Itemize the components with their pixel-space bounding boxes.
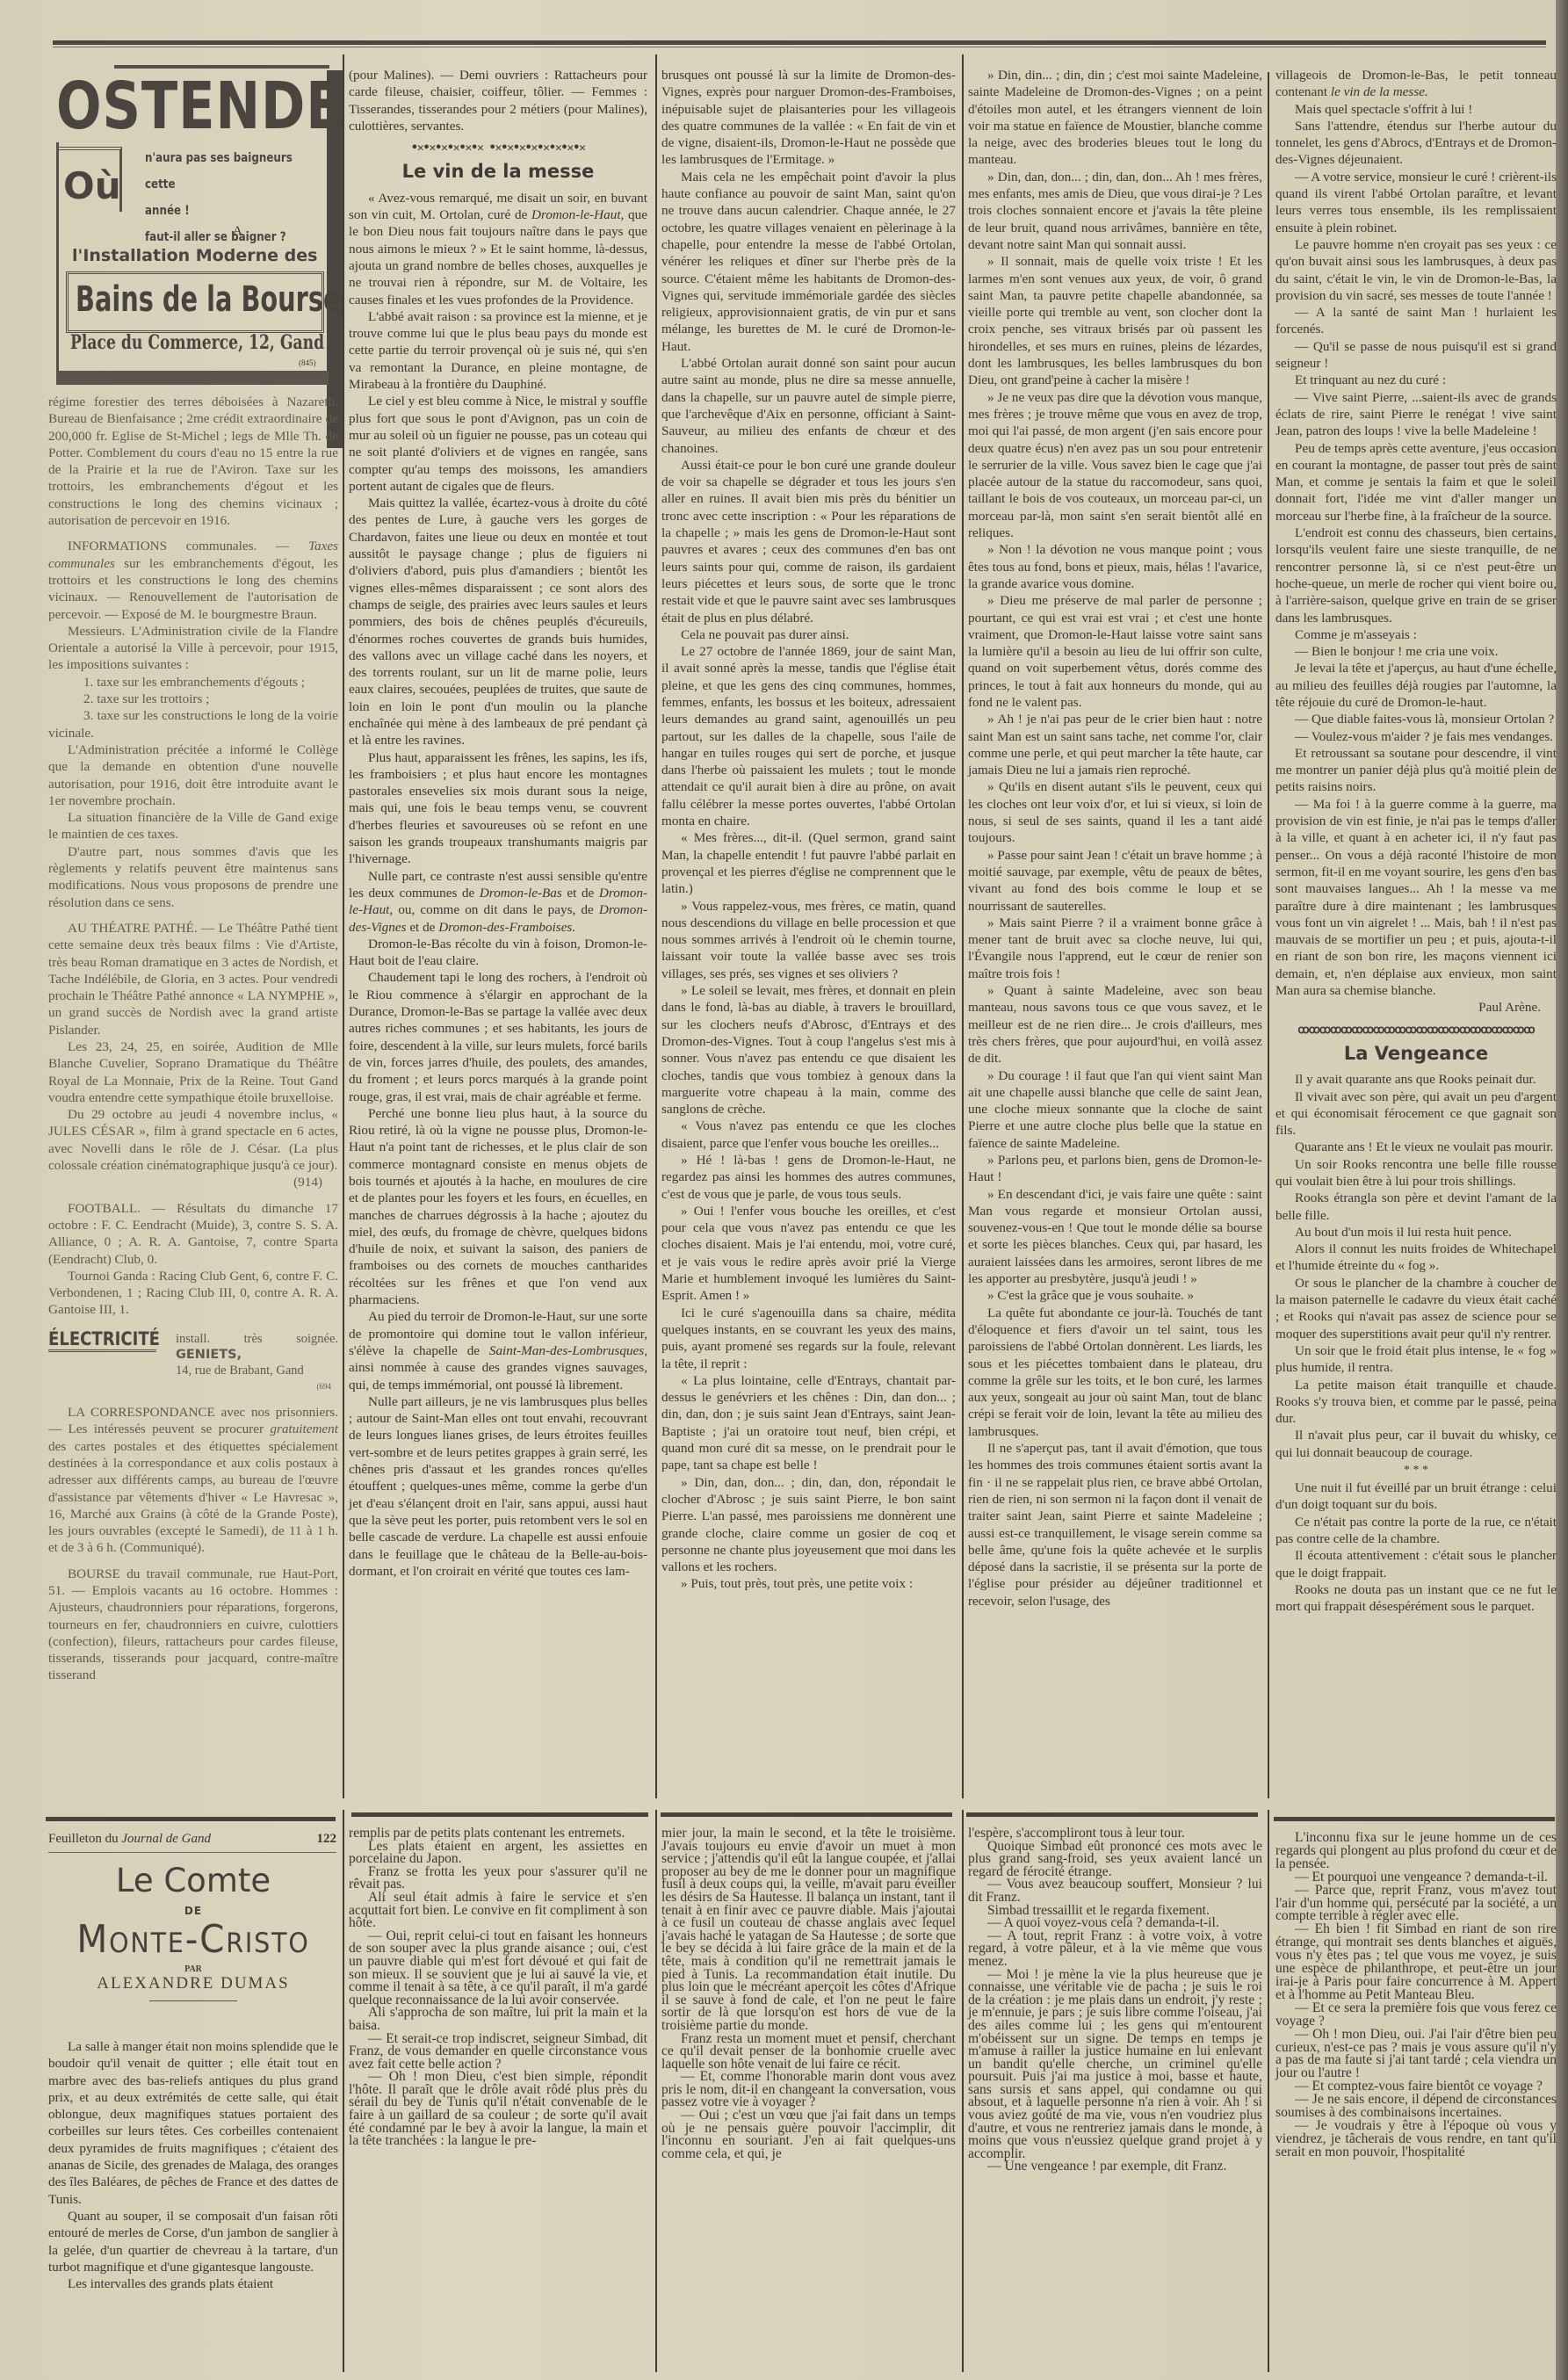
paragraph: Les 23, 24, 25, en soirée, Audition de M… [48, 1038, 338, 1106]
paragraph: « Avez-vous remarqué, me disait un soir,… [349, 190, 647, 308]
text: ainsi nommée à cause des grandes vignes … [349, 1360, 647, 1392]
ad-reference: (694 [48, 1378, 338, 1395]
paragraph: » Puis, tout près, tout près, une petite… [661, 1575, 956, 1592]
column-divider [343, 1810, 344, 2372]
paragraph: brusques ont poussé là sur la limite de … [661, 67, 956, 169]
paragraph: — Je voudrais y être à l'époque où vous … [1275, 2120, 1557, 2159]
paragraph: La salle à manger était non moins splend… [48, 2038, 338, 2208]
paragraph: Perché une bonne lieu plus haut, à la so… [349, 1105, 647, 1309]
paragraph: — A tout, reprit Franz : à votre voix, à… [968, 1930, 1262, 1969]
paragraph: — Oh ! mon Dieu, oui. J'ai l'air d'être … [1275, 2029, 1557, 2081]
feuilleton-title-block: Le Comte DE Monte-Cristo PAR ALEXANDRE D… [48, 1861, 338, 2001]
paragraph: — Vous avez beaucoup souffert, Monsieur … [968, 1878, 1262, 1904]
paragraph: — A votre service, monsieur le curé ! cr… [1275, 169, 1557, 236]
paragraph: D'autre part, nous sommes d'avis que les… [48, 843, 338, 911]
paragraph: » En descendant d'ici, je vais faire une… [968, 1186, 1262, 1288]
paragraph: » Passe pour saint Jean ! c'était un bra… [968, 847, 1262, 915]
feuilleton-rule [46, 1817, 336, 1821]
paragraph: Il y avait quarante ans que Rooks peinai… [1275, 1071, 1557, 1088]
text: Dromon-le-Bas [480, 886, 562, 901]
paragraph: AU THÉATRE PATHÉ. — Le Théâtre Pathé tie… [48, 920, 338, 1038]
paragraph: Messieurs. L'Administration civile de la… [48, 623, 338, 674]
paragraph: Un soir Rooks rencontra une belle fille … [1275, 1156, 1557, 1190]
paragraph: Il vivait avec son père, qui avait un pe… [1275, 1089, 1557, 1139]
paragraph: La situation financière de la Ville de G… [48, 809, 338, 843]
paragraph: Le ciel y est bleu comme à Nice, le mist… [349, 393, 647, 495]
paragraph: Quant au souper, il se composait d'un fa… [48, 2208, 338, 2275]
paragraph: Les intervalles des grands plats étaient [48, 2275, 338, 2292]
paragraph: » Din, dan, don... ; din, dan, don, répo… [661, 1474, 956, 1576]
ad-reference: (845) [299, 358, 316, 367]
paragraph: Chaudement tapi le long des rochers, à l… [349, 969, 647, 1104]
paragraph: L'abbé Ortolan aurait donné son saint po… [661, 355, 956, 457]
paragraph: Quoique Simbad eût prononcé ces mots ave… [968, 1841, 1262, 1879]
paragraph: Ali seul était admis à faire le service … [349, 1892, 647, 1930]
paragraph: — Oh ! mon Dieu, c'est bien simple, répo… [349, 2071, 647, 2148]
ad-line: année ! [145, 198, 303, 224]
ad-bains-name: Bains de la Bourse [76, 279, 341, 320]
feuilleton-rule [351, 1812, 648, 1817]
paragraph: » Vous rappelez-vous, mes frères, ce mat… [661, 898, 956, 982]
title-line: Le Comte [48, 1861, 338, 1901]
column-5: villageois de Dromon-le-Bas, le petit to… [1275, 67, 1557, 1615]
text: gratuitement [270, 1421, 338, 1436]
text: Dromon-des-Framboises. [438, 920, 575, 935]
text: Feuilleton du [48, 1832, 121, 1846]
title-rule [149, 2000, 237, 2001]
ad-line: n'aura pas ses baigneurs cette [145, 145, 303, 198]
paragraph: » Hé ! là-bas ! gens de Dromon-le-Haut, … [661, 1152, 956, 1203]
feuilleton-column-1: La salle à manger était non moins splend… [48, 2038, 338, 2292]
paragraph: — Je ne sais encore, il dépend de circon… [1275, 2094, 1557, 2120]
text: des cartes postales et des étiquettes sp… [48, 1439, 338, 1556]
paragraph: — Eh bien ! fit Simbad en riant de son r… [1275, 1923, 1557, 2001]
paragraph: Le pauvre homme n'en croyait pas ses yeu… [1275, 236, 1557, 304]
paragraph: Or sous le plancher de la chambre à couc… [1275, 1275, 1557, 1342]
feuilleton-header: Feuilleton du Journal de Gand 122 [48, 1832, 336, 1853]
paragraph: Les plats étaient en argent, les assiett… [349, 1841, 647, 1866]
newspaper-page: OSTENDE Où n'aura pas ses baigneurs cett… [0, 0, 1568, 2380]
paragraph: « Mes frères..., dit-il. (Quel sermon, g… [661, 829, 956, 897]
column-divider [655, 54, 657, 1798]
paragraph: — Qu'il se passe de nous puisqu'il est s… [1275, 338, 1557, 373]
feuilleton-column-2: remplis par de petits plats contenant le… [349, 1827, 647, 2148]
paragraph: » Le soleil se levait, mes frères, et do… [661, 982, 956, 1118]
paragraph: Ici le curé s'agenouilla dans sa chaire,… [661, 1305, 956, 1372]
column-2: (pour Malines). — Demi ouvriers : Rattac… [349, 67, 647, 1580]
list-item: 2. taxe sur les trottoirs ; [48, 691, 338, 707]
paragraph: Ce n'était pas contre la porte de la rue… [1275, 1514, 1557, 1548]
column-4: » Din, din... ; din, din ; c'est moi sai… [968, 67, 1262, 1610]
paragraph: Nulle part ailleurs, je ne vis lambrusqu… [349, 1393, 647, 1580]
paragraph: » Din, din... ; din, din ; c'est moi sai… [968, 67, 1262, 169]
paragraph: régime forestier des terres déboisées à … [48, 394, 338, 529]
paragraph: L'endroit est connu des chasseurs, bien … [1275, 524, 1557, 626]
column-divider [1268, 72, 1269, 1798]
paragraph: « Vous n'avez pas entendu ce que les clo… [661, 1118, 956, 1152]
paragraph: » Quant à sainte Madeleine, avec son bea… [968, 982, 1262, 1067]
feuilleton-rule [1274, 1817, 1555, 1821]
paragraph: Dromon-le-Bas récolte du vin à foison, D… [349, 936, 647, 970]
ad-address: Place du Commerce, 12, Gand [70, 331, 324, 354]
paragraph: Le 27 octobre de l'année 1869, jour de s… [661, 643, 956, 829]
column-divider [962, 1810, 964, 2372]
text: Dromon-le-Haut, [531, 207, 624, 222]
paragraph: Du 29 octobre au jeudi 4 novembre inclus… [48, 1106, 338, 1174]
column-divider [655, 1810, 657, 2372]
paragraph: L'Administration précitée a informé le C… [48, 741, 338, 809]
paragraph: — Oui ; c'est un vœu que j'ai fait dans … [661, 2109, 956, 2160]
feuilleton-column-5: L'inconnu fixa sur le jeune homme un de … [1275, 1832, 1557, 2159]
paragraph: — A la santé de saint Man ! hurlaient le… [1275, 304, 1557, 338]
paragraph: » Oui ! l'enfer vous bouche les oreilles… [661, 1203, 956, 1305]
ad-a: A [233, 224, 242, 239]
article-title: La Vengeance [1275, 1045, 1557, 1062]
ad-title: OSTENDE [56, 69, 343, 144]
ad-installation: l'Installation Moderne des [72, 246, 317, 265]
ad-title: ÉLECTRICITÉ [48, 1331, 156, 1352]
paragraph: Franz se frotta les yeux pour s'assurer … [349, 1866, 647, 1892]
paragraph: Quarante ans ! Et le vieux ne voulait pa… [1275, 1139, 1557, 1155]
paragraph: » Je ne veux pas dire que la dévotion vo… [968, 389, 1262, 542]
title-author: ALEXANDRE DUMAS [48, 1974, 338, 1993]
paragraph: » Qu'ils en disent autant s'ils le peuve… [968, 778, 1262, 846]
paragraph: INFORMATIONS communales. — Taxes communa… [48, 538, 338, 622]
paragraph: mier jour, la main le second, et la tête… [661, 1827, 956, 2033]
top-rule [53, 40, 1546, 45]
text: le vin de la messe. [1331, 84, 1428, 99]
paragraph: » Parlons peu, et parlons bien, gens de … [968, 1152, 1262, 1186]
paragraph: Et retroussant sa soutane pour descendre… [1275, 745, 1557, 796]
text: et de [407, 920, 439, 935]
text: INFORMATIONS communales. — [68, 539, 308, 553]
paragraph: BOURSE du travail communale, rue Haut-Po… [48, 1566, 338, 1684]
paragraph: — Bien le bonjour ! me cria une voix. [1275, 643, 1557, 660]
paragraph: Rooks ne douta pas un instant que ce ne … [1275, 1581, 1557, 1616]
paragraph: Mais cela ne les empêchait point d'avoir… [661, 169, 956, 355]
list-item: 3. taxe sur les constructions le long de… [48, 707, 338, 741]
paragraph: Au bout d'un mois il lui resta huit penc… [1275, 1224, 1557, 1241]
paragraph: Comme je m'asseyais : [1275, 626, 1557, 643]
ad-ou: Où [63, 164, 121, 207]
paragraph: villageois de Dromon-le-Bas, le petit to… [1275, 67, 1557, 101]
text: ou, comme on dit dans le pays, de [393, 902, 599, 917]
top-rule-thin [53, 47, 1546, 47]
paragraph: Au pied du terroir de Dromon-le-Haut, su… [349, 1308, 647, 1393]
feuilleton-rule [661, 1812, 952, 1817]
paragraph: Tournoi Ganda : Racing Club Gent, 6, con… [48, 1268, 338, 1319]
paragraph: Peu de temps après cette aventure, j'eus… [1275, 440, 1557, 524]
column-1: régime forestier des terres déboisées à … [48, 394, 338, 1684]
paragraph: Nulle part, ce contraste n'est aussi sen… [349, 868, 647, 936]
paragraph: Franz resta un moment muet et pensif, ch… [661, 2033, 956, 2072]
paragraph: — Que diable faites-vous là, monsieur Or… [1275, 711, 1557, 727]
title-line: DE [48, 1905, 338, 1917]
paragraph: — Parce que, reprit Franz, vous m'avez t… [1275, 1884, 1557, 1924]
paragraph: Il n'avait plus peur, car il buvait du w… [1275, 1427, 1557, 1461]
paragraph: Plus haut, apparaissent les frênes, les … [349, 749, 647, 868]
paragraph: » Dieu me préserve de mal parler de pers… [968, 592, 1262, 711]
ostende-advertisement: OSTENDE Où n'aura pas ses baigneurs cett… [53, 63, 338, 386]
paragraph: Cela ne pouvait pas durer ainsi. [661, 626, 956, 643]
paragraph: — Et, comme l'honorable marin dont vous … [661, 2071, 956, 2109]
paragraph: Un soir que le froid était plus intense,… [1275, 1342, 1557, 1377]
paragraph: (pour Malines). — Demi ouvriers : Rattac… [349, 67, 647, 134]
paragraph: » Il sonnait, mais de quelle voix triste… [968, 253, 1262, 388]
paragraph: — Vive saint Pierre, ...saient-ils avec … [1275, 389, 1557, 440]
paragraph: Aussi était-ce pour le bon curé une gran… [661, 457, 956, 626]
section-break-asterism: * * * [1275, 1466, 1557, 1474]
title-main: Monte-Cristo [60, 1917, 327, 1963]
column-3: brusques ont poussé là sur la limite de … [661, 67, 956, 1593]
paragraph: Et trinquant au nez du curé : [1275, 372, 1557, 388]
article-title: Le vin de la messe [349, 163, 647, 180]
paragraph: Mais quel spectacle s'offrit à lui ! [1275, 101, 1557, 118]
paragraph: » Din, dan, don... ; din, dan, don... Ah… [968, 169, 1262, 253]
paragraph: Rooks étrangla son père et devint l'aman… [1275, 1190, 1557, 1224]
ornament-divider: •✕•✕•✕•✕•✕•✕ •✕•✕•✕•✕•✕•✕•✕•✕ [349, 140, 647, 156]
ornament-divider: ꝏꝏꝏꝏꝏꝏꝏꝏꝏꝏꝏꝏꝏꝏꝏꝏꝏꝏꝏꝏꝏꝏ [1275, 1022, 1557, 1038]
feuilleton-rule [966, 1812, 1258, 1817]
paragraph: LA CORRESPONDANCE avec nos prisonniers. … [48, 1404, 338, 1557]
ad-question: n'aura pas ses baigneurs cette année ! f… [145, 145, 303, 250]
ad-border [56, 371, 329, 385]
paragraph: — Moi ! je mène la vie la plus heureuse … [968, 1969, 1262, 2161]
paragraph: Une nuit il fut éveillé par un bruit étr… [1275, 1479, 1557, 1514]
feuilleton-column-3: mier jour, la main le second, et la tête… [661, 1827, 956, 2160]
text: install. très soignée. [176, 1332, 338, 1346]
feuilleton-label: Feuilleton du Journal de Gand [48, 1832, 211, 1847]
text: Journal de Gand [121, 1832, 211, 1846]
paragraph: — Une vengeance ! par exemple, dit Franz… [968, 2160, 1262, 2174]
list-item: 1. taxe sur les embranchements d'égouts … [48, 674, 338, 691]
paragraph: La quête fut abondante ce jour-là. Touch… [968, 1305, 1262, 1440]
text: GENIETS, [176, 1348, 242, 1362]
column-divider [1268, 1810, 1269, 2372]
feuilleton-number: 122 [317, 1832, 337, 1847]
paragraph: Il ne s'aperçut pas, tant il avait d'émo… [968, 1440, 1262, 1610]
text: que le bon Dieu nous fait toujours naîtr… [349, 207, 647, 307]
paragraph: FOOTBALL. — Résultats du dimanche 17 oct… [48, 1200, 338, 1268]
text: Saint-Man-des-Lombrusques, [489, 1343, 647, 1358]
paragraph: » Du courage ! il faut que l'an qui vien… [968, 1067, 1262, 1152]
column-divider [962, 54, 964, 1798]
text: et de [562, 886, 599, 901]
ad-reference: (914) [48, 1174, 338, 1190]
paragraph: — Voulez-vous m'aider ? je fais mes vend… [1275, 728, 1557, 745]
electricite-advertisement: ÉLECTRICITÉ install. très soignée. GENIE… [48, 1331, 338, 1378]
paragraph: — Oui, reprit celui-ci tout en faisant l… [349, 1930, 647, 2007]
paragraph: Alors il connut les nuits froides de Whi… [1275, 1241, 1557, 1275]
paragraph: » Non ! la dévotion ne vous manque point… [968, 541, 1262, 592]
title-par: PAR [48, 1964, 338, 1974]
paragraph: — Ma foi ! à la guerre comme à la guerre… [1275, 796, 1557, 1000]
paragraph: La petite maison était tranquille et cha… [1275, 1377, 1557, 1428]
paragraph: Sans l'attendre, étendus sur l'herbe aut… [1275, 118, 1557, 169]
feuilleton-column-4: l'espère, s'accompliront tous à leur tou… [968, 1827, 1262, 2174]
author-signature: Paul Arène. [1275, 999, 1557, 1016]
paragraph: Ali s'approcha de son maître, lui prit l… [349, 2007, 647, 2032]
paragraph: — Et serait-ce trop indiscret, seigneur … [349, 2033, 647, 2072]
page-edge-shadow [1556, 0, 1568, 2380]
paragraph: « La plus lointaine, celle d'Entrays, ch… [661, 1372, 956, 1474]
ad-text: install. très soignée. GENIETS,14, rue d… [176, 1331, 338, 1378]
paragraph: Mais quittez la vallée, écartez-vous à d… [349, 495, 647, 749]
paragraph: Je levai la tête et j'aperçus, au haut d… [1275, 660, 1557, 711]
paragraph: » C'est la grâce que je vous souhaite. » [968, 1287, 1262, 1304]
paragraph: » Mais saint Pierre ? il a vraiment bonn… [968, 915, 1262, 982]
paragraph: Il écouta attentivement : c'était sous l… [1275, 1547, 1557, 1581]
paragraph: — Et ce sera la première fois que vous f… [1275, 2002, 1557, 2029]
paragraph: L'abbé avait raison : sa province est la… [349, 308, 647, 393]
text: 14, rue de Brabant, Gand [176, 1364, 304, 1378]
paragraph: L'inconnu fixa sur le jeune homme un de … [1275, 1832, 1557, 1871]
column-divider [343, 54, 344, 1798]
paragraph: » Ah ! je n'ai pas peur de le crier bien… [968, 711, 1262, 778]
